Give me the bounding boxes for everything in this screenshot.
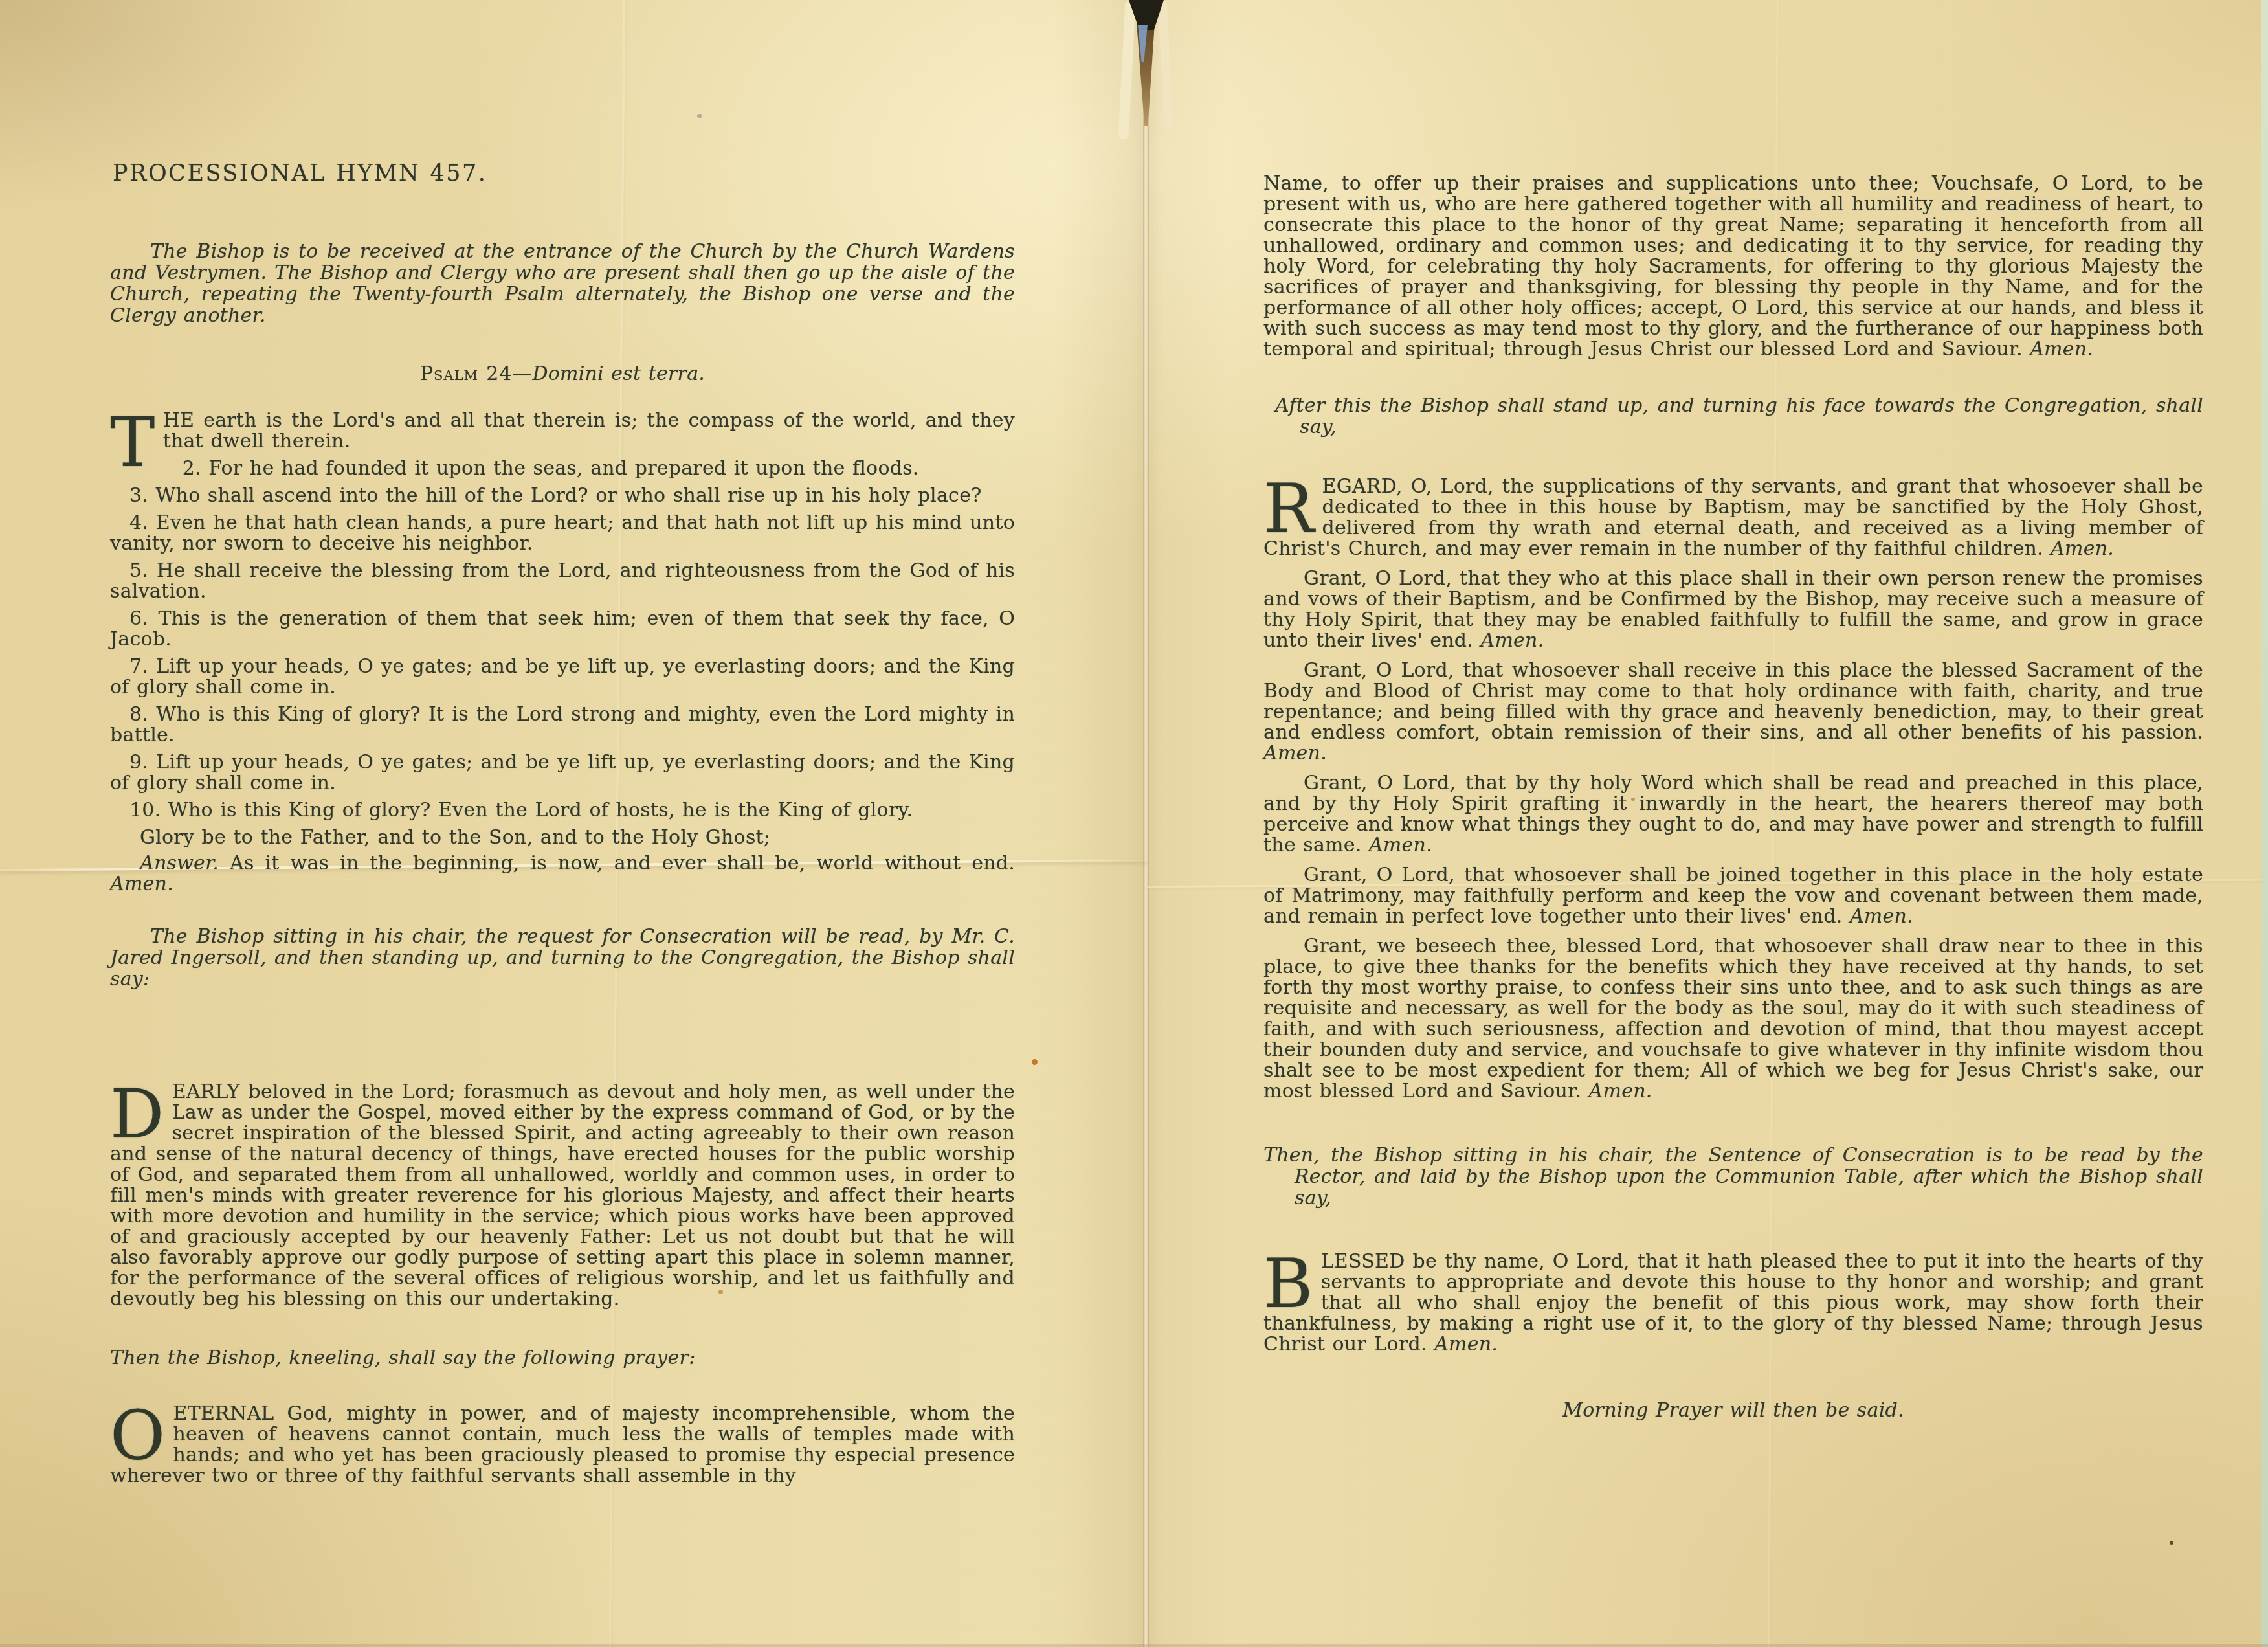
fold-tear-frayed-edge: [1158, 0, 1173, 129]
amen: Amen.: [1589, 1080, 1652, 1103]
psalm-answer: Answer. As it was in the beginning, is n…: [110, 853, 1015, 895]
center-fold-crease: [1143, 110, 1149, 1647]
prayer-grant-sacrament: Grant, O Lord, that whosoever shall rece…: [1263, 660, 2203, 764]
psalm-verse-6: 6. This is the generation of them that s…: [110, 609, 1015, 650]
prayer-grant-baptism: Grant, O Lord, that they who at this pla…: [1263, 568, 2203, 651]
psalm-heading-latin: Domini est terra.: [532, 363, 705, 385]
psalm-verse-9: 9. Lift up your heads, O ye gates; and b…: [110, 752, 1015, 794]
left-page: PROCESSIONAL HYMN 457. The Bishop is to …: [110, 163, 1015, 1486]
psalm-verse-10: 10. Who is this King of glory? Even the …: [110, 800, 1015, 821]
rubric-bishop-stands: After this the Bishop shall stand up, an…: [1263, 395, 2203, 438]
paper-speck: [2170, 1541, 2173, 1545]
prayer-regard: REGARD, O, Lord, the supplications of th…: [1263, 476, 2203, 559]
psalm-verse-5: 5. He shall receive the blessing from th…: [110, 561, 1015, 602]
prayer-blessed: BLESSED be thy name, O Lord, that it hat…: [1263, 1251, 2203, 1355]
amen: Amen.: [110, 873, 173, 895]
prayer-continuation: Name, to offer up their praises and supp…: [1263, 174, 2203, 360]
psalm-verse-7: 7. Lift up your heads, O ye gates; and b…: [110, 656, 1015, 698]
amen: Amen.: [1480, 629, 1544, 652]
psalm-verse-1: THE earth is the Lord's and all that the…: [110, 410, 1015, 452]
psalm-verse-3: 3. Who shall ascend into the hill of the…: [110, 486, 1015, 506]
amen: Amen.: [1263, 742, 1327, 765]
fold-tear-gap: [1131, 22, 1160, 126]
psalm-verse-2: 2. For he had founded it upon the seas, …: [110, 458, 1015, 479]
grant-text: Grant, O Lord, that whosoever shall be j…: [1263, 864, 2203, 928]
right-page: Name, to offer up their praises and supp…: [1263, 174, 2203, 1421]
drop-cap: O: [110, 1404, 173, 1463]
drop-cap: B: [1263, 1251, 1321, 1311]
fold-tear-backing: [1138, 25, 1148, 62]
prayer-grant-matrimony: Grant, O Lord, that whosoever shall be j…: [1263, 865, 2203, 927]
psalm-heading: Psalm 24—Domini est terra.: [110, 364, 1015, 385]
center-fold-shadow: [1054, 0, 1228, 1647]
answer-label: Answer.: [140, 852, 219, 875]
paper-speck: [1032, 1059, 1038, 1065]
psalm-verse-8: 8. Who is this King of glory? It is the …: [110, 704, 1015, 746]
amen: Amen.: [1434, 1333, 1498, 1356]
prayer-grant-thanksgiving: Grant, we beseech thee, blessed Lord, th…: [1263, 936, 2203, 1102]
fold-tear-frayed-edge: [1118, 0, 1135, 139]
scanned-booklet: PROCESSIONAL HYMN 457. The Bishop is to …: [0, 0, 2268, 1647]
exhortation-dearly-beloved: DEARLY beloved in the Lord; forasmuch as…: [110, 1082, 1015, 1310]
amen: Amen.: [1369, 834, 1432, 857]
page-bottom-edge: [0, 1644, 2268, 1647]
rubric-request-for-consecration: The Bishop sitting in his chair, the req…: [110, 926, 1015, 990]
paper-speck: [697, 114, 702, 118]
scanner-edge: [2261, 0, 2268, 1647]
page-title: PROCESSIONAL HYMN 457.: [113, 163, 1015, 184]
prayer-blessed-text: LESSED be thy name, O Lord, that it hath…: [1263, 1250, 2203, 1356]
exhortation-text: EARLY beloved in the Lord; forasmuch as …: [110, 1081, 1015, 1310]
drop-cap: T: [110, 410, 163, 470]
amen: Amen.: [2051, 537, 2114, 560]
fold-tear-hole: [1129, 0, 1164, 30]
grant-text: Grant, O Lord, that whosoever shall rece…: [1263, 659, 2203, 744]
prayer-continuation-text: Name, to offer up their praises and supp…: [1263, 172, 2203, 361]
prayer-grant-word: Grant, O Lord, that by thy holy Word whi…: [1263, 773, 2203, 856]
psalm-heading-label: Psalm 24—: [420, 363, 533, 385]
drop-cap: D: [110, 1082, 172, 1141]
psalm-verse-4: 4. Even he that hath clean hands, a pure…: [110, 513, 1015, 554]
gloria-patri: Glory be to the Father, and to the Son, …: [110, 827, 1015, 848]
grant-text: Grant, we beseech thee, blessed Lord, th…: [1263, 935, 2203, 1103]
answer-text: As it was in the beginning, is now, and …: [230, 852, 1015, 875]
closing-rubric: Morning Prayer will then be said.: [1263, 1400, 2203, 1421]
rubric-entrance: The Bishop is to be received at the entr…: [110, 241, 1015, 326]
rubric-kneeling: Then the Bishop, kneeling, shall say the…: [110, 1347, 1015, 1369]
prayer-text: ETERNAL God, mighty in power, and of maj…: [110, 1402, 1015, 1487]
amen: Amen.: [2030, 338, 2093, 361]
psalm-verse-1-text: HE earth is the Lord's and all that ther…: [163, 409, 1015, 453]
rubric-sentence-of-consecration: Then, the Bishop sitting in his chair, t…: [1263, 1145, 2203, 1209]
drop-cap: R: [1263, 476, 1322, 536]
prayer-o-eternal-god: OETERNAL God, mighty in power, and of ma…: [110, 1404, 1015, 1486]
grant-text: Grant, O Lord, that they who at this pla…: [1263, 567, 2203, 652]
amen: Amen.: [1850, 905, 1913, 928]
